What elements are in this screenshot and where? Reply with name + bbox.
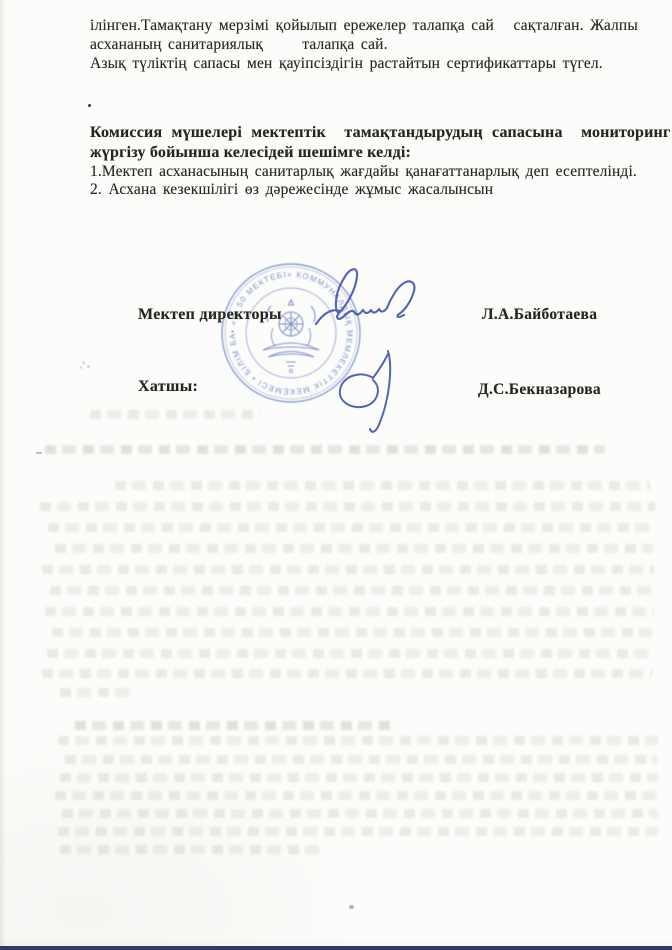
scan-bottom-edge — [0, 946, 672, 950]
ink-dot-artifact — [349, 905, 354, 909]
intro-line: Азық түліктің сапасы мен қауіпсіздігін р… — [90, 55, 603, 73]
decision-heading-line: Комиссия мүшелері мектептік тамақтандыру… — [90, 124, 670, 142]
signatory-name-director: Л.А.Байботаева — [482, 306, 597, 324]
smudge-artifact — [36, 452, 42, 454]
director-signature-ink — [300, 258, 440, 333]
decision-item: 1.Мектеп асханасының санитарлық жағдайы … — [90, 163, 637, 181]
smudge-artifact — [78, 358, 92, 370]
decision-item: 2. Асхана кезекшілігі өз дәрежесінде жұм… — [90, 181, 493, 199]
decision-heading-line: жүргізу бойынша келесідей шешімге келді: — [90, 144, 411, 162]
role-label-director: Мектеп директоры — [138, 306, 282, 324]
secretary-signature-ink — [330, 348, 405, 440]
scanned-document-page: ілінген.Тамақтану мерзімі қойылып ережел… — [0, 0, 672, 950]
signatory-name-secretary: Д.С.Бекназарова — [478, 381, 601, 399]
ink-speck — [88, 104, 91, 107]
intro-line: ілінген.Тамақтану мерзімі қойылып ережел… — [90, 17, 638, 35]
intro-line: асхананың санитариялық талапқа сай. — [90, 36, 388, 54]
role-label-secretary: Хатшы: — [138, 378, 198, 396]
